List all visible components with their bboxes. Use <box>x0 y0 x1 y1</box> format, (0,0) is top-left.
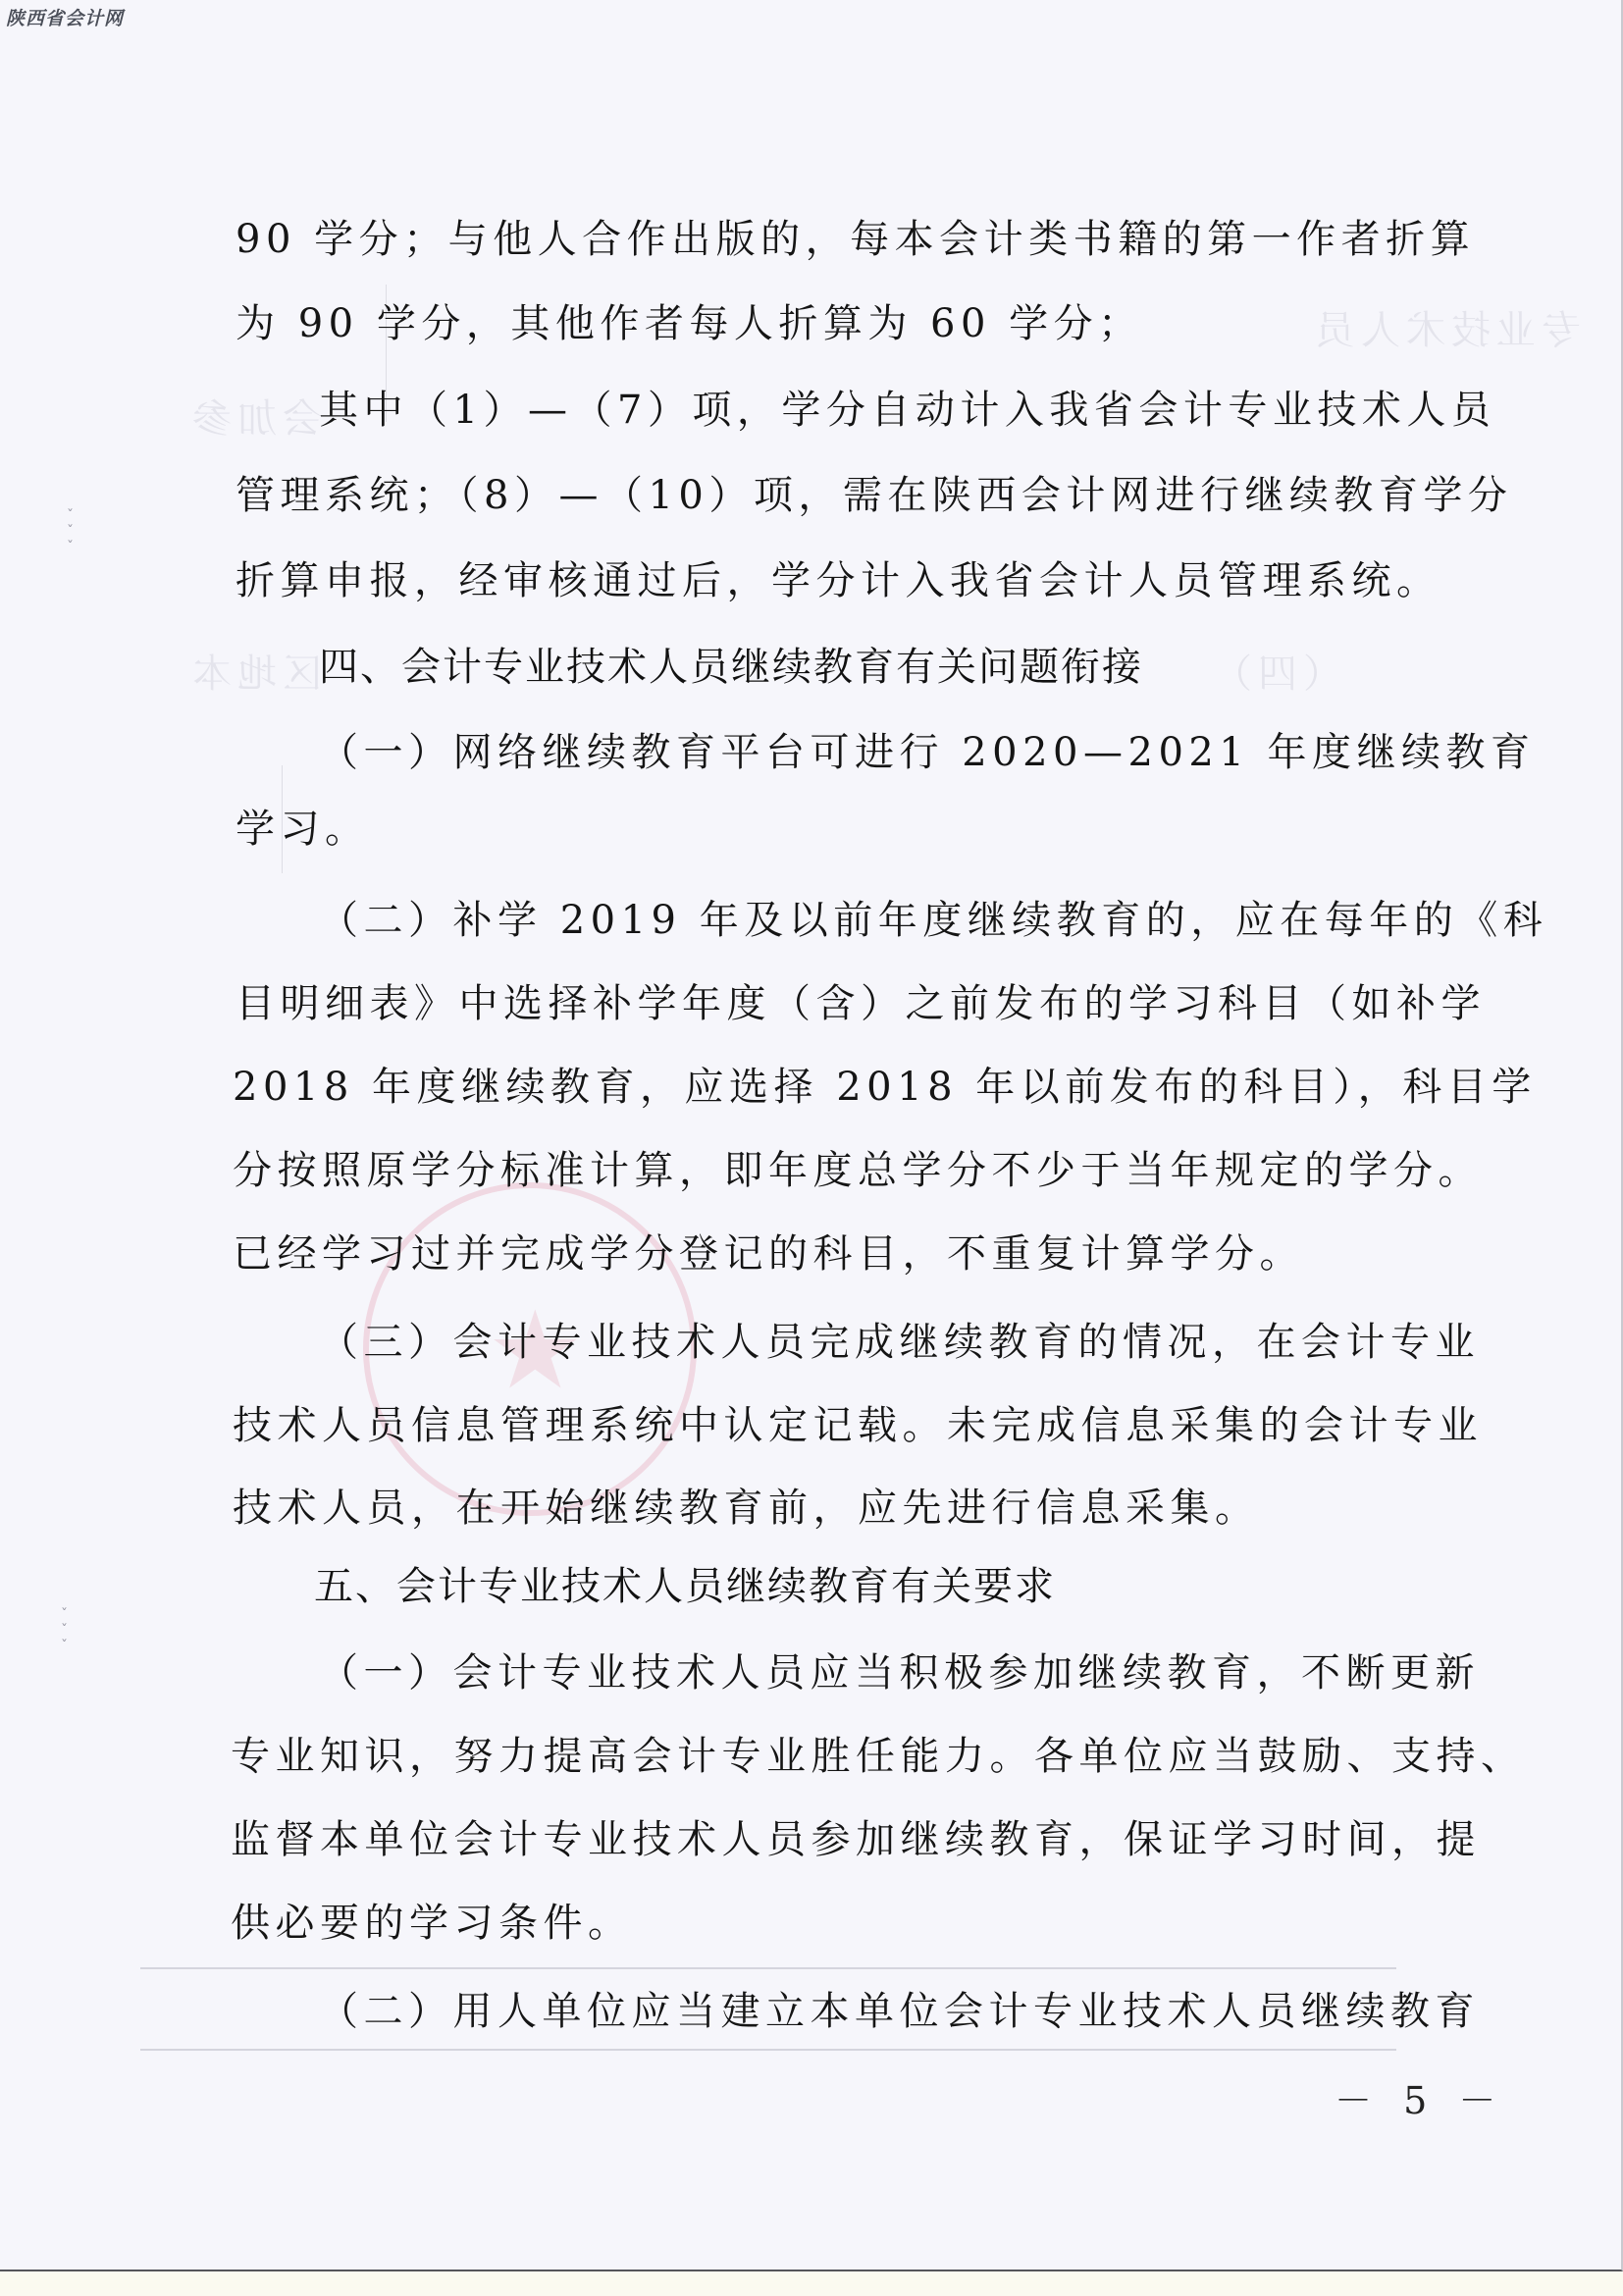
body-line: 供必要的学习条件。 <box>231 1894 633 1953</box>
body-line: 技术人员，在开始继续教育前，应先进行信息采集。 <box>233 1479 1260 1538</box>
section-heading-5: 五、会计专业技术人员继续教育有关要求 <box>314 1557 1056 1616</box>
body-line: （三）会计专业技术人员完成继续教育的情况，在会计专业 <box>319 1313 1480 1372</box>
section-heading-4: 四、会计专业技术人员继续教育有关问题衔接 <box>319 638 1143 697</box>
body-line: 90 学分；与他人合作出版的，每本会计类书籍的第一作者折算 <box>236 210 1475 269</box>
body-line: 2018 年度继续教育，应选择 2018 年以前发布的科目），科目学 <box>233 1058 1537 1117</box>
body-line: 已经学习过并完成学分登记的科目，不重复计算学分。 <box>233 1225 1304 1283</box>
document-page: 陕西省会计网 专业技术人员 会加参 （四） 区地本 ★ ˇˇˇ ˇˇˇ 90 学… <box>0 0 1623 2271</box>
body-line: 其中（1）—（7）项，学分自动计入我省会计专业技术人员 <box>319 381 1495 440</box>
site-watermark: 陕西省会计网 <box>6 4 124 30</box>
body-line: （一）会计专业技术人员应当积极参加继续教育，不断更新 <box>319 1644 1480 1702</box>
bleed-through-text: 专业技术人员 <box>1310 299 1581 355</box>
body-line: 为 90 学分，其他作者每人折算为 60 学分； <box>236 294 1143 353</box>
body-line: 折算申报，经审核通过后，学分计入我省会计人员管理系统。 <box>236 551 1441 610</box>
body-line: 学习。 <box>236 800 370 859</box>
scan-artifact-horizontal-line <box>140 2049 1396 2051</box>
binding-mark: ˇˇˇ <box>61 1607 68 1654</box>
page-number: － 5 － <box>1335 2070 1505 2124</box>
body-line: 技术人员信息管理系统中认定记载。未完成信息采集的会计专业 <box>233 1396 1483 1455</box>
body-line: （二）补学 2019 年及以前年度继续教育的，应在每年的《科 <box>319 891 1547 950</box>
bleed-through-text: 区地本 <box>186 643 322 699</box>
binding-mark: ˇˇˇ <box>67 508 74 555</box>
body-line: 监督本单位会计专业技术人员参加继续教育，保证学习时间，提 <box>231 1810 1481 1869</box>
body-line: 目明细表》中选择补学年度（含）之前发布的学习科目（如补学 <box>236 974 1486 1033</box>
body-line: 管理系统；（8）—（10）项，需在陕西会计网进行继续教育学分 <box>236 466 1512 525</box>
bleed-through-text: 会加参 <box>186 388 322 444</box>
scan-artifact-horizontal-line <box>140 1967 1396 1969</box>
body-line: （一）网络继续教育平台可进行 2020—2021 年度继续教育 <box>319 723 1536 782</box>
body-line: 分按照原学分标准计算，即年度总学分不少于当年规定的学分。 <box>233 1141 1483 1200</box>
body-line: （二）用人单位应当建立本单位会计专业技术人员继续教育 <box>319 1982 1480 2041</box>
bleed-through-text: （四） <box>1207 643 1342 699</box>
body-line: 专业知识，努力提高会计专业胜任能力。各单位应当鼓励、支持、 <box>231 1727 1526 1786</box>
